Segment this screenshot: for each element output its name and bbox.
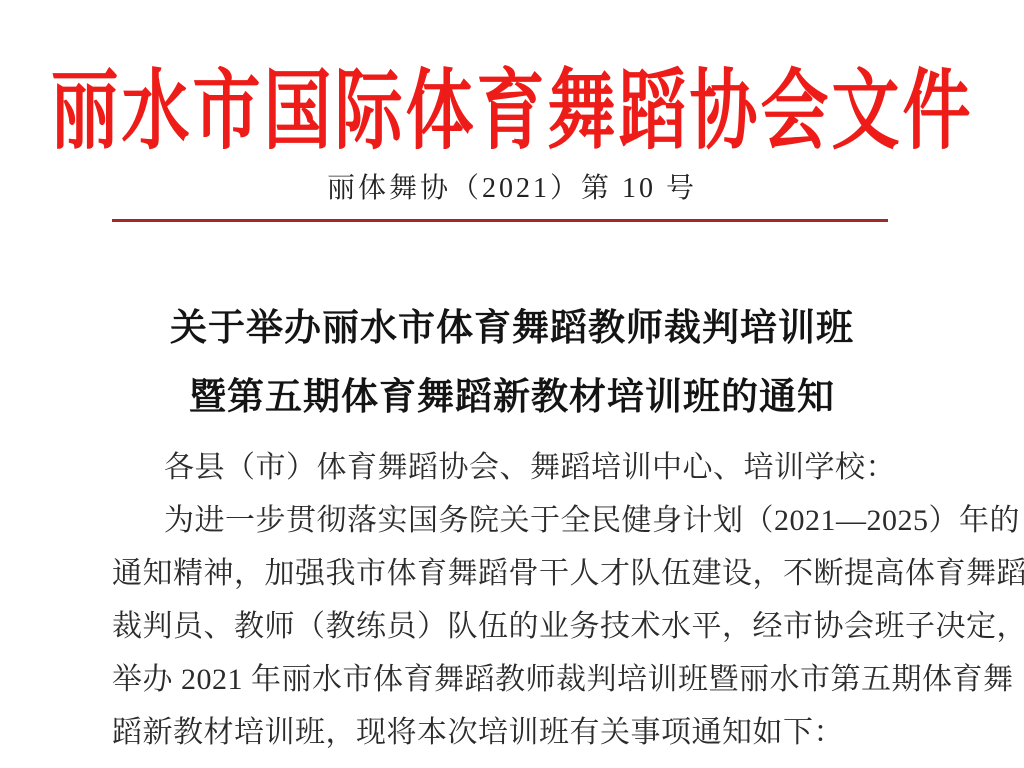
body-line: 为进一步贯彻落实国务院关于全民健身计划（2021—2025）年的	[112, 494, 912, 547]
body-line: 举办 2021 年丽水市体育舞蹈教师裁判培训班暨丽水市第五期体育舞	[112, 653, 912, 706]
notice-title-line-1: 关于举办丽水市体育舞蹈教师裁判培训班	[0, 294, 1024, 363]
body-line: 蹈新教材培训班，现将本次培训班有关事项通知如下：	[112, 706, 912, 759]
notice-title: 关于举办丽水市体育舞蹈教师裁判培训班 暨第五期体育舞蹈新教材培训班的通知	[0, 294, 1024, 432]
document-page: 丽水市国际体育舞蹈协会文件 丽体舞协（2021）第 10 号 关于举办丽水市体育…	[0, 0, 1024, 768]
notice-body: 各县（市）体育舞蹈协会、舞蹈培训中心、培训学校： 为进一步贯彻落实国务院关于全民…	[112, 441, 912, 759]
document-number: 丽体舞协（2021）第 10 号	[0, 166, 1024, 206]
salutation-line: 各县（市）体育舞蹈协会、舞蹈培训中心、培训学校：	[112, 441, 912, 494]
document-header-title: 丽水市国际体育舞蹈协会文件	[0, 42, 1024, 166]
body-line: 裁判员、教师（教练员）队伍的业务技术水平，经市协会班子决定，	[112, 600, 912, 653]
notice-title-line-2: 暨第五期体育舞蹈新教材培训班的通知	[0, 363, 1024, 432]
body-line: 通知精神，加强我市体育舞蹈骨干人才队伍建设，不断提高体育舞蹈	[112, 547, 912, 600]
red-divider-line	[112, 219, 888, 222]
